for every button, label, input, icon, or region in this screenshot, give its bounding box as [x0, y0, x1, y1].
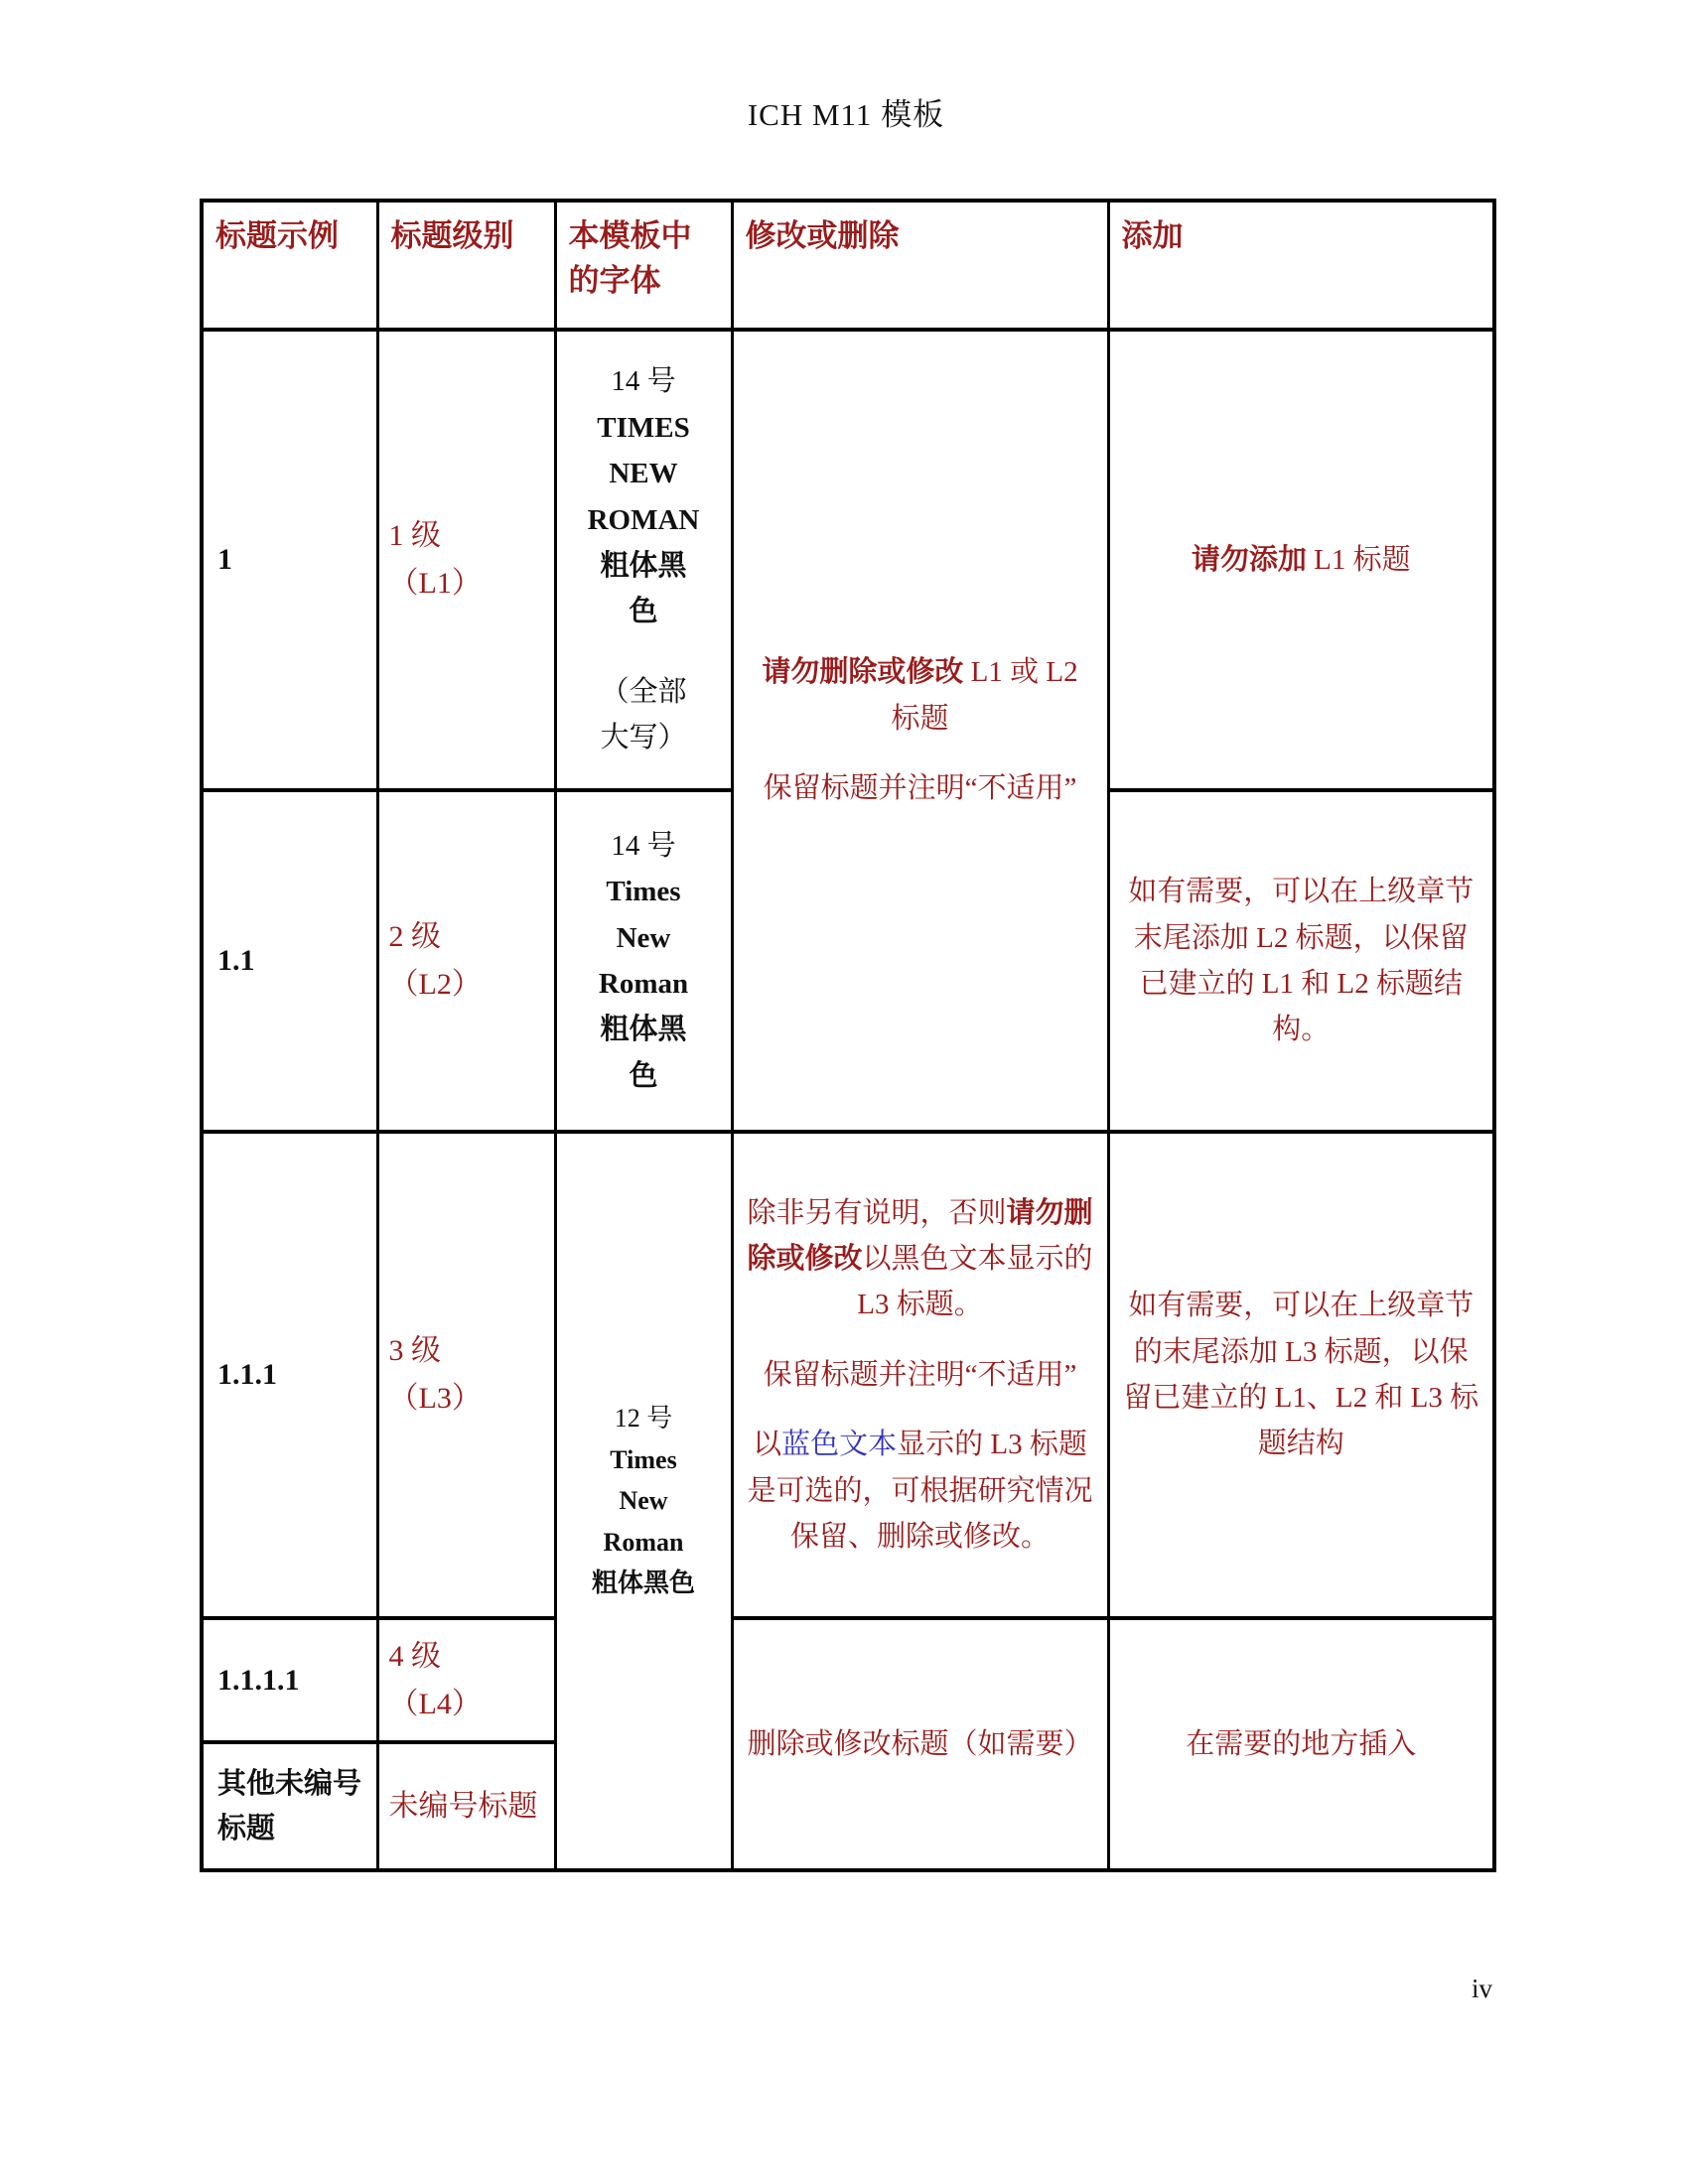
modify-l3-text: 除非另有说明，否则请勿删除或修改以黑色文本显示的 L3 标题。 — [746, 1190, 1095, 1328]
l4-level: 4 级 （L4） — [377, 1618, 555, 1742]
header-level: 标题级别 — [377, 201, 555, 330]
l3-font-size: 12 号 — [561, 1398, 727, 1439]
add-l1-cell: 请勿添加 L1 标题 — [1108, 330, 1494, 790]
header-add: 添加 — [1108, 201, 1494, 330]
modify-l3-cell: 除非另有说明，否则请勿删除或修改以黑色文本显示的 L3 标题。 保留标题并注明“… — [732, 1132, 1108, 1618]
heading-spec-table: 标题示例 标题级别 本模板中 的字体 修改或删除 添加 1 1 级 （L1） 1… — [200, 199, 1496, 1872]
l1-font-name: TIMES NEW ROMAN 粗体黑 色 — [561, 405, 727, 635]
add-l2-cell: 如有需要，可以在上级章节末尾添加 L2 标题，以保留已建立的 L1 和 L2 标… — [1108, 790, 1494, 1132]
l1-font-size: 14 号 — [561, 358, 727, 404]
l3-font-name: Times New Roman 粗体黑色 — [561, 1439, 727, 1604]
modify-l3-pre: 除非另有说明，否则 — [747, 1197, 1006, 1229]
header-row: 标题示例 标题级别 本模板中 的字体 修改或删除 添加 — [202, 201, 1494, 330]
unnumbered-example: 其他未编号标题 — [202, 1742, 377, 1870]
l2-font-cell: 14 号 Times New Roman 粗体黑 色 — [555, 790, 732, 1132]
modify-l1l2-text: 请勿删除或修改 L1 或 L2 标题 — [746, 649, 1095, 742]
l2-font-size: 14 号 — [561, 823, 727, 869]
modify-l3-blue-text: 蓝色文本 — [781, 1429, 897, 1460]
modify-l1l2-cell: 请勿删除或修改 L1 或 L2 标题 保留标题并注明“不适用” — [732, 330, 1108, 1132]
modify-l3-opt-pre: 以 — [753, 1429, 781, 1460]
modify-l3-keep: 保留标题并注明“不适用” — [746, 1352, 1095, 1398]
add-l3-cell: 如有需要，可以在上级章节的末尾添加 L3 标题，以保留已建立的 L1、L2 和 … — [1108, 1132, 1494, 1618]
l3-font-cell: 12 号 Times New Roman 粗体黑色 — [555, 1132, 732, 1870]
modify-l1l2-keep: 保留标题并注明“不适用” — [746, 765, 1095, 811]
document-title: ICH M11 模板 — [200, 89, 1492, 134]
l3-example: 1.1.1 — [202, 1132, 377, 1618]
l3-level: 3 级 （L3） — [377, 1132, 555, 1618]
l1-example: 1 — [202, 330, 377, 790]
unnumbered-level: 未编号标题 — [377, 1742, 555, 1870]
l2-level: 2 级 （L2） — [377, 790, 555, 1132]
header-example: 标题示例 — [202, 201, 377, 330]
l2-font-name: Times New Roman 粗体黑 色 — [561, 869, 727, 1099]
header-modify: 修改或删除 — [732, 201, 1108, 330]
l1-font-note: （全部 大写） — [561, 669, 727, 761]
modify-l4-cell: 删除或修改标题（如需要） — [732, 1618, 1108, 1870]
l2-example: 1.1 — [202, 790, 377, 1132]
l1-level: 1 级 （L1） — [377, 330, 555, 790]
add-l1-bold: 请勿添加 — [1192, 544, 1307, 576]
row-l1: 1 1 级 （L1） 14 号 TIMES NEW ROMAN 粗体黑 色 （全… — [202, 330, 1494, 790]
modify-l3-rest: 以黑色文本显示的 L3 标题。 — [857, 1243, 1092, 1320]
header-font: 本模板中 的字体 — [555, 201, 732, 330]
page-number: iv — [200, 1974, 1492, 2004]
modify-l1l2-bold: 请勿删除或修改 — [762, 656, 963, 688]
row-l4: 1.1.1.1 4 级 （L4） 删除或修改标题（如需要） 在需要的地方插入 — [202, 1618, 1494, 1742]
add-l4-cell: 在需要的地方插入 — [1108, 1618, 1494, 1870]
modify-l3-optional: 以蓝色文本显示的 L3 标题是可选的，可根据研究情况保留、删除或修改。 — [746, 1422, 1095, 1560]
l1-font-cell: 14 号 TIMES NEW ROMAN 粗体黑 色 （全部 大写） — [555, 330, 732, 790]
row-l3: 1.1.1 3 级 （L3） 12 号 Times New Roman 粗体黑色… — [202, 1132, 1494, 1618]
add-l1-rest: L1 标题 — [1307, 544, 1411, 576]
l4-example: 1.1.1.1 — [202, 1618, 377, 1742]
